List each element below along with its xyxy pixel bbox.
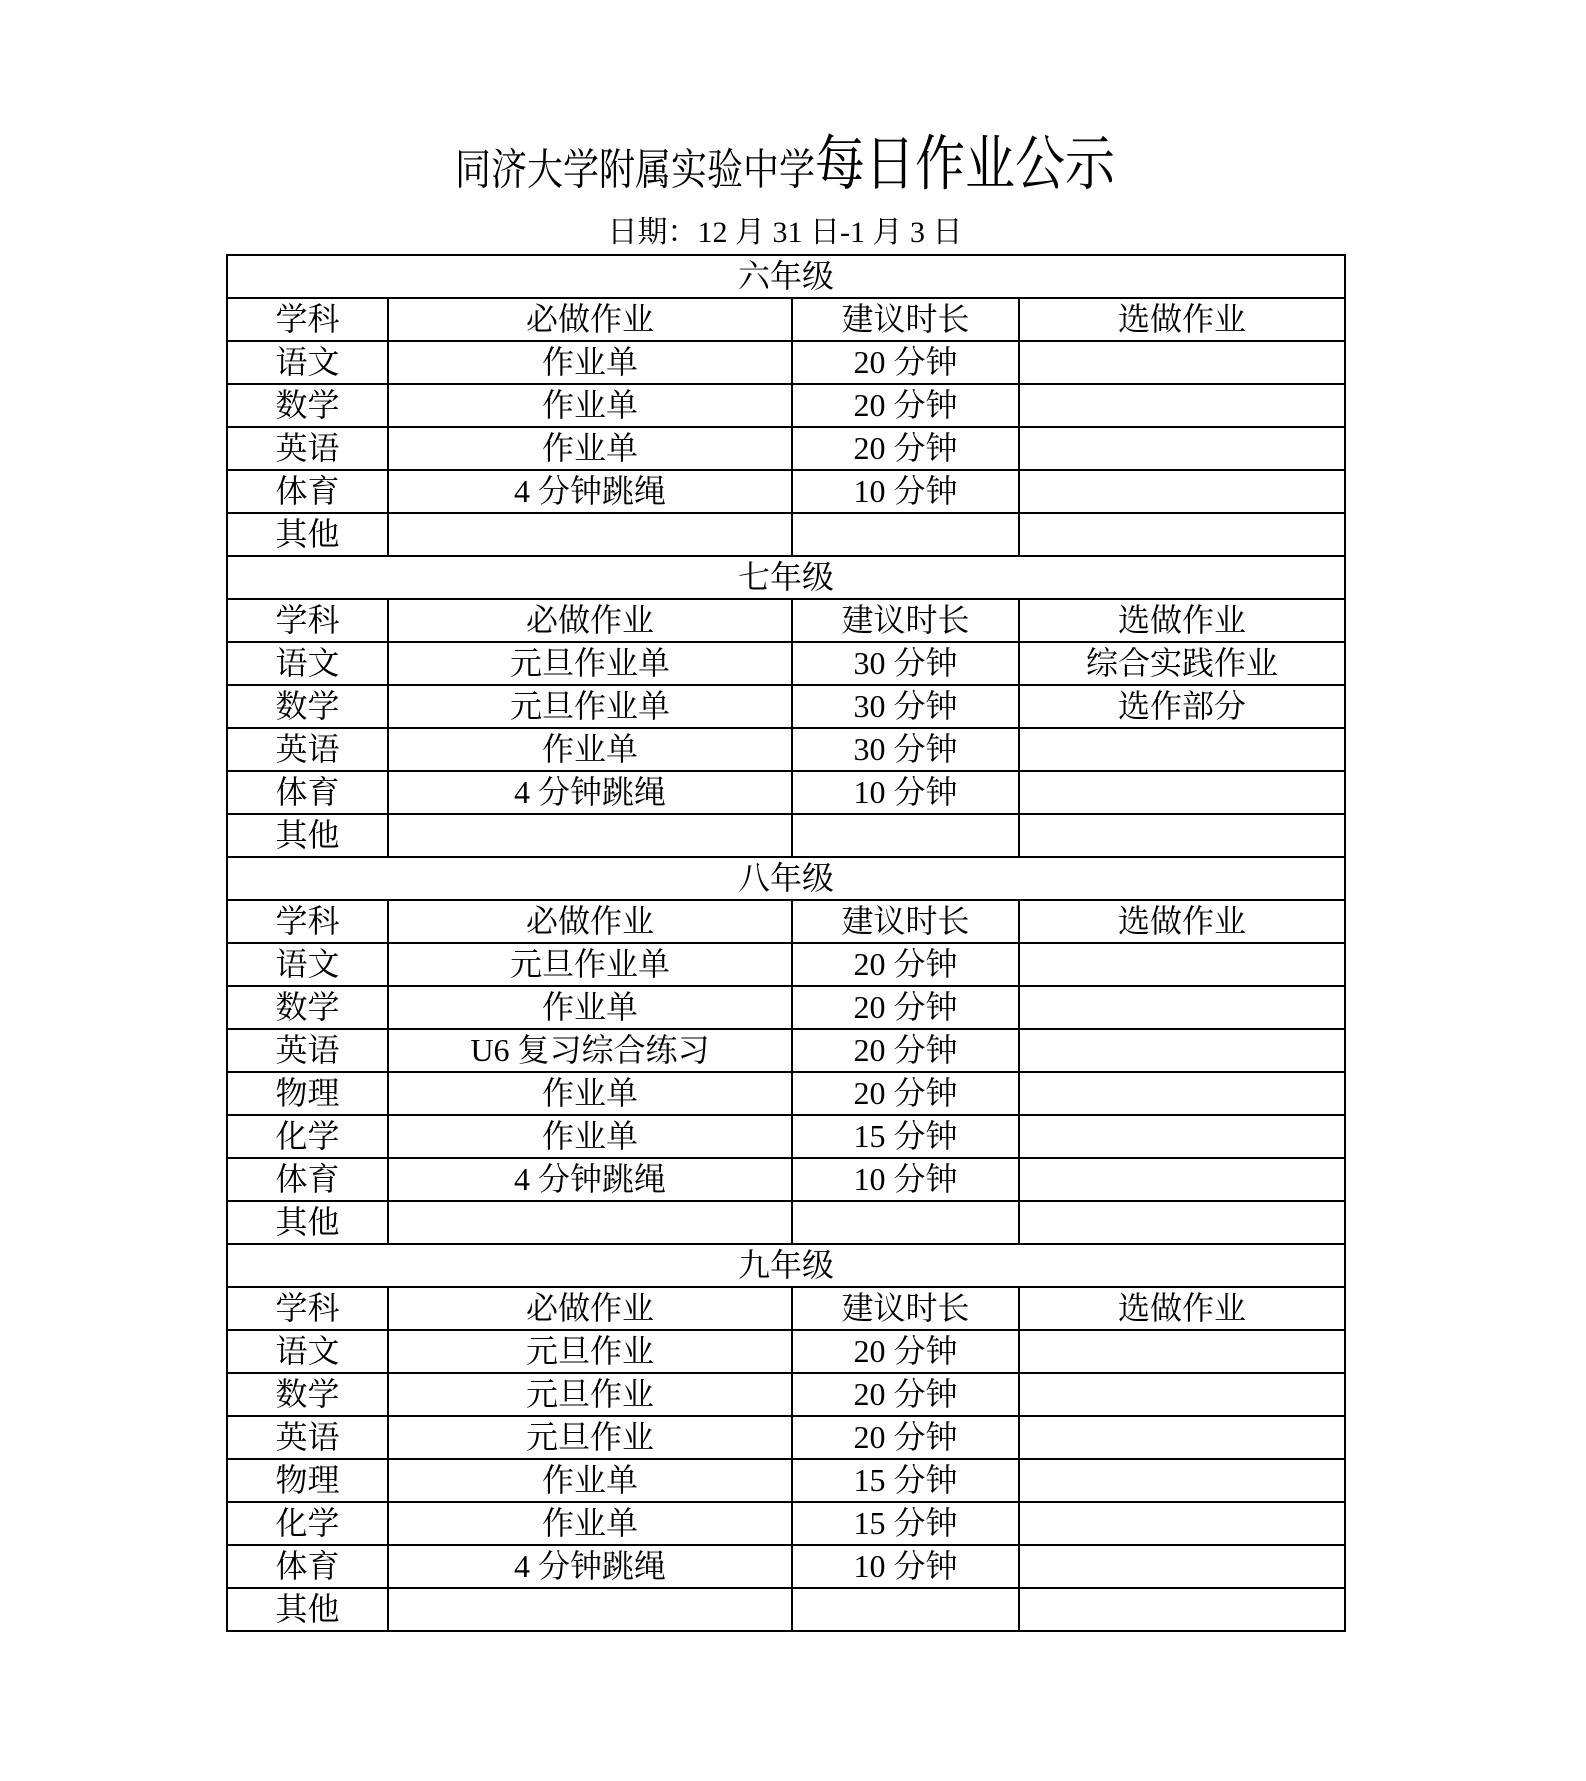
subject-cell: 数学 [227,685,388,728]
grade-section-row: 六年级 [227,255,1345,298]
column-header: 选做作业 [1019,298,1345,341]
table-row: 英语作业单20 分钟 [227,427,1345,470]
subject-cell: 英语 [227,427,388,470]
grade-section-row: 七年级 [227,556,1345,599]
table-row: 其他 [227,1588,1345,1631]
optional-homework-cell [1019,1158,1345,1201]
column-header: 必做作业 [388,298,792,341]
table-row: 物理作业单15 分钟 [227,1459,1345,1502]
table-row: 体育4 分钟跳绳10 分钟 [227,1158,1345,1201]
subject-cell: 数学 [227,1373,388,1416]
optional-homework-cell [1019,384,1345,427]
column-header: 建议时长 [792,900,1019,943]
subject-cell: 语文 [227,1330,388,1373]
suggested-duration-cell: 20 分钟 [792,341,1019,384]
subject-cell: 物理 [227,1072,388,1115]
subject-cell: 英语 [227,1416,388,1459]
subject-cell: 英语 [227,728,388,771]
table-row: 其他 [227,814,1345,857]
school-name: 同济大学附属实验中学 [455,146,815,194]
required-homework-cell: 元旦作业 [388,1373,792,1416]
suggested-duration-cell: 30 分钟 [792,728,1019,771]
table-row: 数学元旦作业20 分钟 [227,1373,1345,1416]
required-homework-cell: 元旦作业单 [388,642,792,685]
suggested-duration-cell [792,1201,1019,1244]
column-header: 建议时长 [792,599,1019,642]
suggested-duration-cell: 30 分钟 [792,685,1019,728]
table-row: 语文元旦作业20 分钟 [227,1330,1345,1373]
optional-homework-cell [1019,943,1345,986]
table-row: 其他 [227,1201,1345,1244]
column-header: 学科 [227,1287,388,1330]
subject-cell: 化学 [227,1115,388,1158]
subject-cell: 其他 [227,1588,388,1631]
column-header: 必做作业 [388,1287,792,1330]
page-title: 同济大学附属实验中学每日作业公示 [226,123,1344,205]
optional-homework-cell [1019,814,1345,857]
subject-cell: 数学 [227,384,388,427]
required-homework-cell: 作业单 [388,1072,792,1115]
subject-cell: 语文 [227,642,388,685]
suggested-duration-cell: 20 分钟 [792,1072,1019,1115]
subject-cell: 体育 [227,1545,388,1588]
document-page: { "header": { "school_name": "同济大学附属实验中学… [0,0,1586,1781]
column-header: 学科 [227,599,388,642]
optional-homework-cell [1019,1373,1345,1416]
table-row: 数学作业单20 分钟 [227,384,1345,427]
required-homework-cell [388,1201,792,1244]
optional-homework-cell [1019,728,1345,771]
optional-homework-cell [1019,1502,1345,1545]
subject-cell: 其他 [227,513,388,556]
grade-title: 八年级 [227,857,1345,900]
grade-section-row: 九年级 [227,1244,1345,1287]
homework-table: 六年级学科必做作业建议时长选做作业语文作业单20 分钟数学作业单20 分钟英语作… [226,254,1346,1632]
grade-title: 九年级 [227,1244,1345,1287]
subject-cell: 体育 [227,771,388,814]
optional-homework-cell [1019,513,1345,556]
required-homework-cell: 作业单 [388,1459,792,1502]
optional-homework-cell [1019,1072,1345,1115]
column-header: 选做作业 [1019,1287,1345,1330]
suggested-duration-cell: 20 分钟 [792,943,1019,986]
suggested-duration-cell: 20 分钟 [792,427,1019,470]
suggested-duration-cell: 20 分钟 [792,1416,1019,1459]
suggested-duration-cell [792,814,1019,857]
table-row: 体育4 分钟跳绳10 分钟 [227,1545,1345,1588]
suggested-duration-cell [792,513,1019,556]
required-homework-cell: 4 分钟跳绳 [388,771,792,814]
column-header: 学科 [227,298,388,341]
table-row: 英语作业单30 分钟 [227,728,1345,771]
document-body: 同济大学附属实验中学每日作业公示 日期：12 月 31 日-1 月 3 日 六年… [226,0,1344,1632]
required-homework-cell: 4 分钟跳绳 [388,470,792,513]
column-header: 选做作业 [1019,900,1345,943]
table-row: 数学作业单20 分钟 [227,986,1345,1029]
subject-cell: 语文 [227,943,388,986]
optional-homework-cell: 选作部分 [1019,685,1345,728]
suggested-duration-cell: 30 分钟 [792,642,1019,685]
required-homework-cell: 作业单 [388,728,792,771]
optional-homework-cell [1019,1115,1345,1158]
column-header: 必做作业 [388,599,792,642]
required-homework-cell: 元旦作业 [388,1416,792,1459]
column-header: 学科 [227,900,388,943]
title-main: 每日作业公示 [815,131,1115,198]
optional-homework-cell [1019,1330,1345,1373]
required-homework-cell: 4 分钟跳绳 [388,1158,792,1201]
optional-homework-cell [1019,427,1345,470]
subject-cell: 化学 [227,1502,388,1545]
subject-cell: 数学 [227,986,388,1029]
table-row: 物理作业单20 分钟 [227,1072,1345,1115]
grade-section-row: 八年级 [227,857,1345,900]
date-line: 日期：12 月 31 日-1 月 3 日 [226,213,1344,253]
grade-title: 七年级 [227,556,1345,599]
required-homework-cell [388,1588,792,1631]
table-row: 体育4 分钟跳绳10 分钟 [227,771,1345,814]
table-row: 英语U6 复习综合练习20 分钟 [227,1029,1345,1072]
required-homework-cell: 元旦作业单 [388,943,792,986]
grade-title: 六年级 [227,255,1345,298]
suggested-duration-cell: 20 分钟 [792,1029,1019,1072]
subject-cell: 英语 [227,1029,388,1072]
optional-homework-cell: 综合实践作业 [1019,642,1345,685]
optional-homework-cell [1019,1029,1345,1072]
suggested-duration-cell: 10 分钟 [792,771,1019,814]
suggested-duration-cell: 20 分钟 [792,1330,1019,1373]
subject-cell: 体育 [227,1158,388,1201]
optional-homework-cell [1019,1201,1345,1244]
suggested-duration-cell: 20 分钟 [792,1373,1019,1416]
optional-homework-cell [1019,1459,1345,1502]
optional-homework-cell [1019,1588,1345,1631]
column-header: 必做作业 [388,900,792,943]
column-header-row: 学科必做作业建议时长选做作业 [227,599,1345,642]
subject-cell: 语文 [227,341,388,384]
column-header: 建议时长 [792,298,1019,341]
required-homework-cell: 作业单 [388,1502,792,1545]
table-row: 语文元旦作业单30 分钟综合实践作业 [227,642,1345,685]
column-header-row: 学科必做作业建议时长选做作业 [227,1287,1345,1330]
optional-homework-cell [1019,341,1345,384]
column-header-row: 学科必做作业建议时长选做作业 [227,298,1345,341]
suggested-duration-cell: 15 分钟 [792,1459,1019,1502]
suggested-duration-cell: 10 分钟 [792,470,1019,513]
optional-homework-cell [1019,1545,1345,1588]
column-header: 建议时长 [792,1287,1019,1330]
table-row: 体育4 分钟跳绳10 分钟 [227,470,1345,513]
required-homework-cell: 作业单 [388,384,792,427]
subject-cell: 其他 [227,814,388,857]
suggested-duration-cell: 10 分钟 [792,1158,1019,1201]
column-header: 选做作业 [1019,599,1345,642]
table-row: 化学作业单15 分钟 [227,1502,1345,1545]
optional-homework-cell [1019,771,1345,814]
required-homework-cell: 作业单 [388,1115,792,1158]
optional-homework-cell [1019,986,1345,1029]
required-homework-cell [388,513,792,556]
table-row: 数学元旦作业单30 分钟选作部分 [227,685,1345,728]
table-row: 化学作业单15 分钟 [227,1115,1345,1158]
suggested-duration-cell: 10 分钟 [792,1545,1019,1588]
required-homework-cell: 作业单 [388,427,792,470]
subject-cell: 物理 [227,1459,388,1502]
suggested-duration-cell: 20 分钟 [792,986,1019,1029]
required-homework-cell: U6 复习综合练习 [388,1029,792,1072]
table-row: 其他 [227,513,1345,556]
subject-cell: 其他 [227,1201,388,1244]
required-homework-cell: 4 分钟跳绳 [388,1545,792,1588]
suggested-duration-cell: 15 分钟 [792,1115,1019,1158]
subject-cell: 体育 [227,470,388,513]
required-homework-cell: 元旦作业 [388,1330,792,1373]
required-homework-cell: 元旦作业单 [388,685,792,728]
homework-table-body: 六年级学科必做作业建议时长选做作业语文作业单20 分钟数学作业单20 分钟英语作… [227,255,1345,1631]
suggested-duration-cell: 15 分钟 [792,1502,1019,1545]
required-homework-cell: 作业单 [388,341,792,384]
table-row: 语文元旦作业单20 分钟 [227,943,1345,986]
required-homework-cell [388,814,792,857]
optional-homework-cell [1019,1416,1345,1459]
table-row: 英语元旦作业20 分钟 [227,1416,1345,1459]
required-homework-cell: 作业单 [388,986,792,1029]
table-row: 语文作业单20 分钟 [227,341,1345,384]
suggested-duration-cell [792,1588,1019,1631]
column-header-row: 学科必做作业建议时长选做作业 [227,900,1345,943]
suggested-duration-cell: 20 分钟 [792,384,1019,427]
optional-homework-cell [1019,470,1345,513]
